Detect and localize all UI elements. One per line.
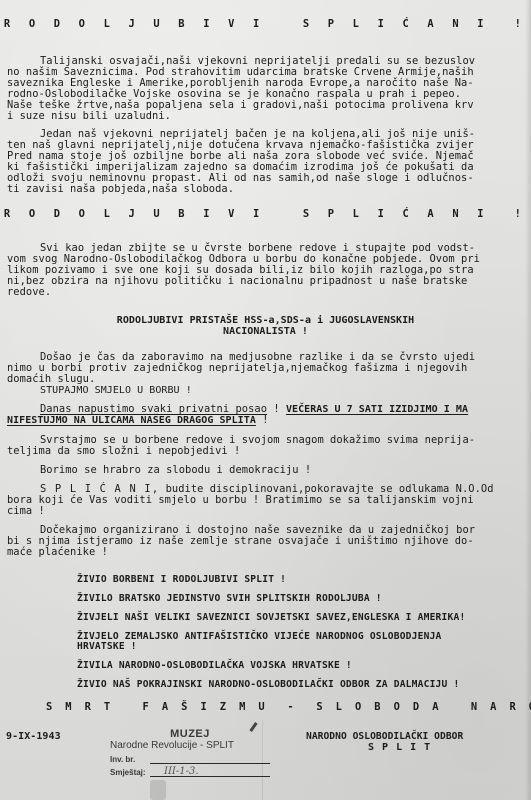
slogan-item: ŽIVILO BRATSKO JEDINSTVO SVIH SPLITSKIH … [77,593,382,604]
stamp-inv-value [150,753,270,764]
signature-line-1: NARODNO OSLOBODILAČKI ODBOR [306,731,463,742]
call-sep-a: ! [267,403,286,415]
para-2-line: ti zavisi naša pobjeda,naša sloboda. [7,184,234,195]
ink-smudge [150,780,166,800]
heading-rodoljubivi-splicani: R O D O L J U B I V I S P L I Ć A N I ! [0,19,531,30]
heading-pristase: NACIONALISTA ! [0,326,531,337]
call-stupajmo: STUPAJMO SMJELO U BORBU ! [40,385,192,396]
stamp-location-row: Smještaj: III-1-3. [110,766,270,777]
slogan-item: ŽIVJELI NAŠI VELIKI SAVEZNICI SOVJETSKI … [77,612,465,623]
para-4-line: domaćih slugu. [7,374,95,385]
call-part-c: NIFESTUJMO NA ULICAMA NAŠEG DRAGOG SPLIT… [7,415,256,426]
heading-rodoljubivi-splicani-2: R O D O L J U B I V I S P L I Ć A N I ! [0,209,531,220]
para-8-line: maće plaćenike ! [7,547,108,558]
para-7-line: bora koji će Vas voditi smjelo u borbu !… [7,495,474,506]
signature-line-2: S P L I T [368,742,431,753]
slogan-item: HRVATSKE ! [77,641,137,652]
stamp-location-value: III-1-3. [150,766,270,777]
call-manifest-line-1: Danas napustimo svaki privatni posao ! V… [40,404,468,415]
heading-pristase: RODOLJUBIVI PRISTAŠE HSS-a,SDS-a i JUGOS… [0,315,531,326]
slogan-item: ŽIVILA NARODNO-OSLOBODILAČKA VOJSKA HRVA… [77,660,352,671]
stamp-title: MUZEJ [110,728,270,740]
stamp-location-label: Smještaj: [110,768,150,777]
stamp-inv-label: Inv. br. [110,755,150,764]
stamp-subtitle: Narodne Revolucije - SPLIT [110,740,270,751]
page-edge-shadow [525,0,531,800]
stamp-inv-row: Inv. br. [110,753,270,764]
document-page: R O D O L J U B I V I S P L I Ć A N I ! … [0,0,531,800]
para-3-line: ni,bez obzira na njihovu političku i nac… [7,276,467,287]
document-date: 9-IX-1943 [6,731,61,742]
para-5-line: teljima da smo složni i nepobjedivi ! [7,446,240,457]
call-sep-c: ! [256,414,269,426]
slogan-item: ŽIVIO BORBENI I RODOLJUBIVI SPLIT ! [77,574,286,585]
para-3-line: redove. [7,287,51,298]
call-part-a: Danas napustimo svaki privatni posao [40,403,267,415]
museum-stamp: MUZEJ Narodne Revolucije - SPLIT Inv. br… [110,728,270,777]
closing-slogan: S M R T F A Š I Z M U - S L O B O D A N … [46,702,531,713]
slogan-item: ŽIVIO NAŠ POKRAJINSKI NARODNO-OSLOBODILA… [77,679,459,690]
para-1-line: i suze nisu bili uzaludni. [7,111,171,122]
call-part-b: VEČERAS U 7 SATI IZIDJIMO I MA [286,404,468,415]
call-manifest-line-2: NIFESTUJMO NA ULICAMA NAŠEG DRAGOG SPLIT… [7,415,269,426]
para-7-line: cima ! [7,506,45,517]
para-6-line: Borimo se hrabro za slobodu i demokracij… [40,465,311,476]
